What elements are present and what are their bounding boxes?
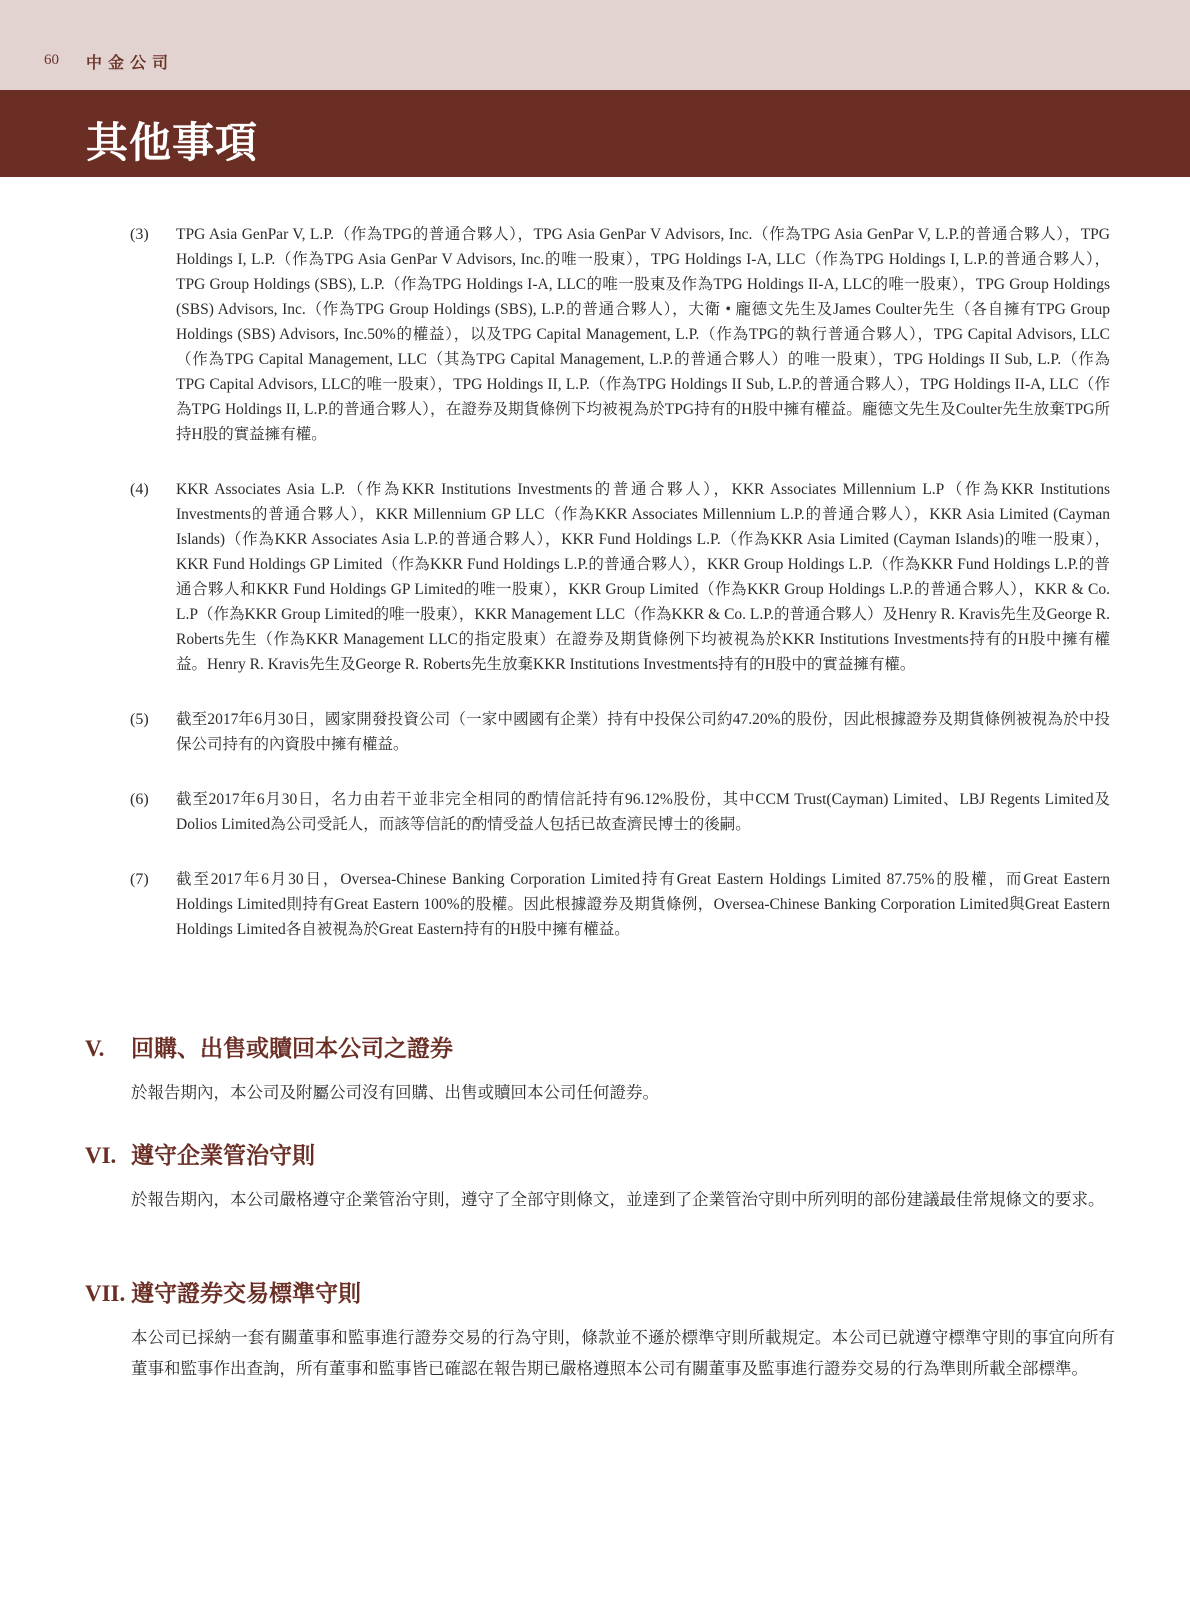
footnote-6: (6) 截至2017年6月30日，名力由若干並非完全相同的酌情信託持有96.12… xyxy=(130,787,1110,837)
section-title: 遵守證券交易標準守則 xyxy=(131,1275,361,1308)
section-body: 於報告期內，本公司嚴格遵守企業管治守則，遵守了全部守則條文，並達到了企業管治守則… xyxy=(131,1184,1115,1215)
section-body: 於報告期內，本公司及附屬公司沒有回購、出售或贖回本公司任何證券。 xyxy=(131,1077,1115,1108)
page-title: 其他事項 xyxy=(86,110,258,170)
section-vi: VI. 遵守企業管治守則 於報告期內，本公司嚴格遵守企業管治守則，遵守了全部守則… xyxy=(85,1137,1115,1215)
section-vii: VII. 遵守證券交易標準守則 本公司已採納一套有關董事和監事進行證券交易的行為… xyxy=(85,1275,1115,1384)
footnote-text: TPG Asia GenPar V, L.P.（作為TPG的普通合夥人），TPG… xyxy=(176,222,1110,447)
section-heading: VI. 遵守企業管治守則 xyxy=(85,1137,1115,1170)
section-body: 本公司已採納一套有關董事和監事進行證券交易的行為守則，條款並不遜於標準守則所載規… xyxy=(131,1322,1115,1384)
footnote-number: (3) xyxy=(130,222,176,447)
footnote-4: (4) KKR Associates Asia L.P.（作為KKR Insti… xyxy=(130,477,1110,677)
section-heading: VII. 遵守證券交易標準守則 xyxy=(85,1275,1115,1308)
footnote-number: (7) xyxy=(130,867,176,942)
section-title: 回購、出售或贖回本公司之證券 xyxy=(131,1030,453,1063)
footnote-number: (4) xyxy=(130,477,176,677)
footnote-text: 截至2017年6月30日，名力由若干並非完全相同的酌情信託持有96.12%股份，… xyxy=(176,787,1110,837)
footnote-text: 截至2017年6月30日，國家開發投資公司（一家中國國有企業）持有中投保公司約4… xyxy=(176,707,1110,757)
footnote-text: KKR Associates Asia L.P.（作為KKR Instituti… xyxy=(176,477,1110,677)
footnote-text: 截至2017年6月30日，Oversea-Chinese Banking Cor… xyxy=(176,867,1110,942)
footnote-7: (7) 截至2017年6月30日，Oversea-Chinese Banking… xyxy=(130,867,1110,942)
section-heading: V. 回購、出售或贖回本公司之證券 xyxy=(85,1030,1115,1063)
section-v: V. 回購、出售或贖回本公司之證券 於報告期內，本公司及附屬公司沒有回購、出售或… xyxy=(85,1030,1115,1108)
page-number: 60 xyxy=(44,52,59,69)
section-number: VI. xyxy=(85,1143,131,1169)
footnote-3: (3) TPG Asia GenPar V, L.P.（作為TPG的普通合夥人）… xyxy=(130,222,1110,447)
company-name: 中金公司 xyxy=(86,50,174,73)
footnote-5: (5) 截至2017年6月30日，國家開發投資公司（一家中國國有企業）持有中投保… xyxy=(130,707,1110,757)
footnotes-list: (3) TPG Asia GenPar V, L.P.（作為TPG的普通合夥人）… xyxy=(130,222,1110,972)
section-number: VII. xyxy=(85,1281,131,1307)
footnote-number: (5) xyxy=(130,707,176,757)
footnote-number: (6) xyxy=(130,787,176,837)
section-title: 遵守企業管治守則 xyxy=(131,1137,315,1170)
section-number: V. xyxy=(85,1036,131,1062)
header-band: 60 中金公司 xyxy=(0,0,1190,90)
